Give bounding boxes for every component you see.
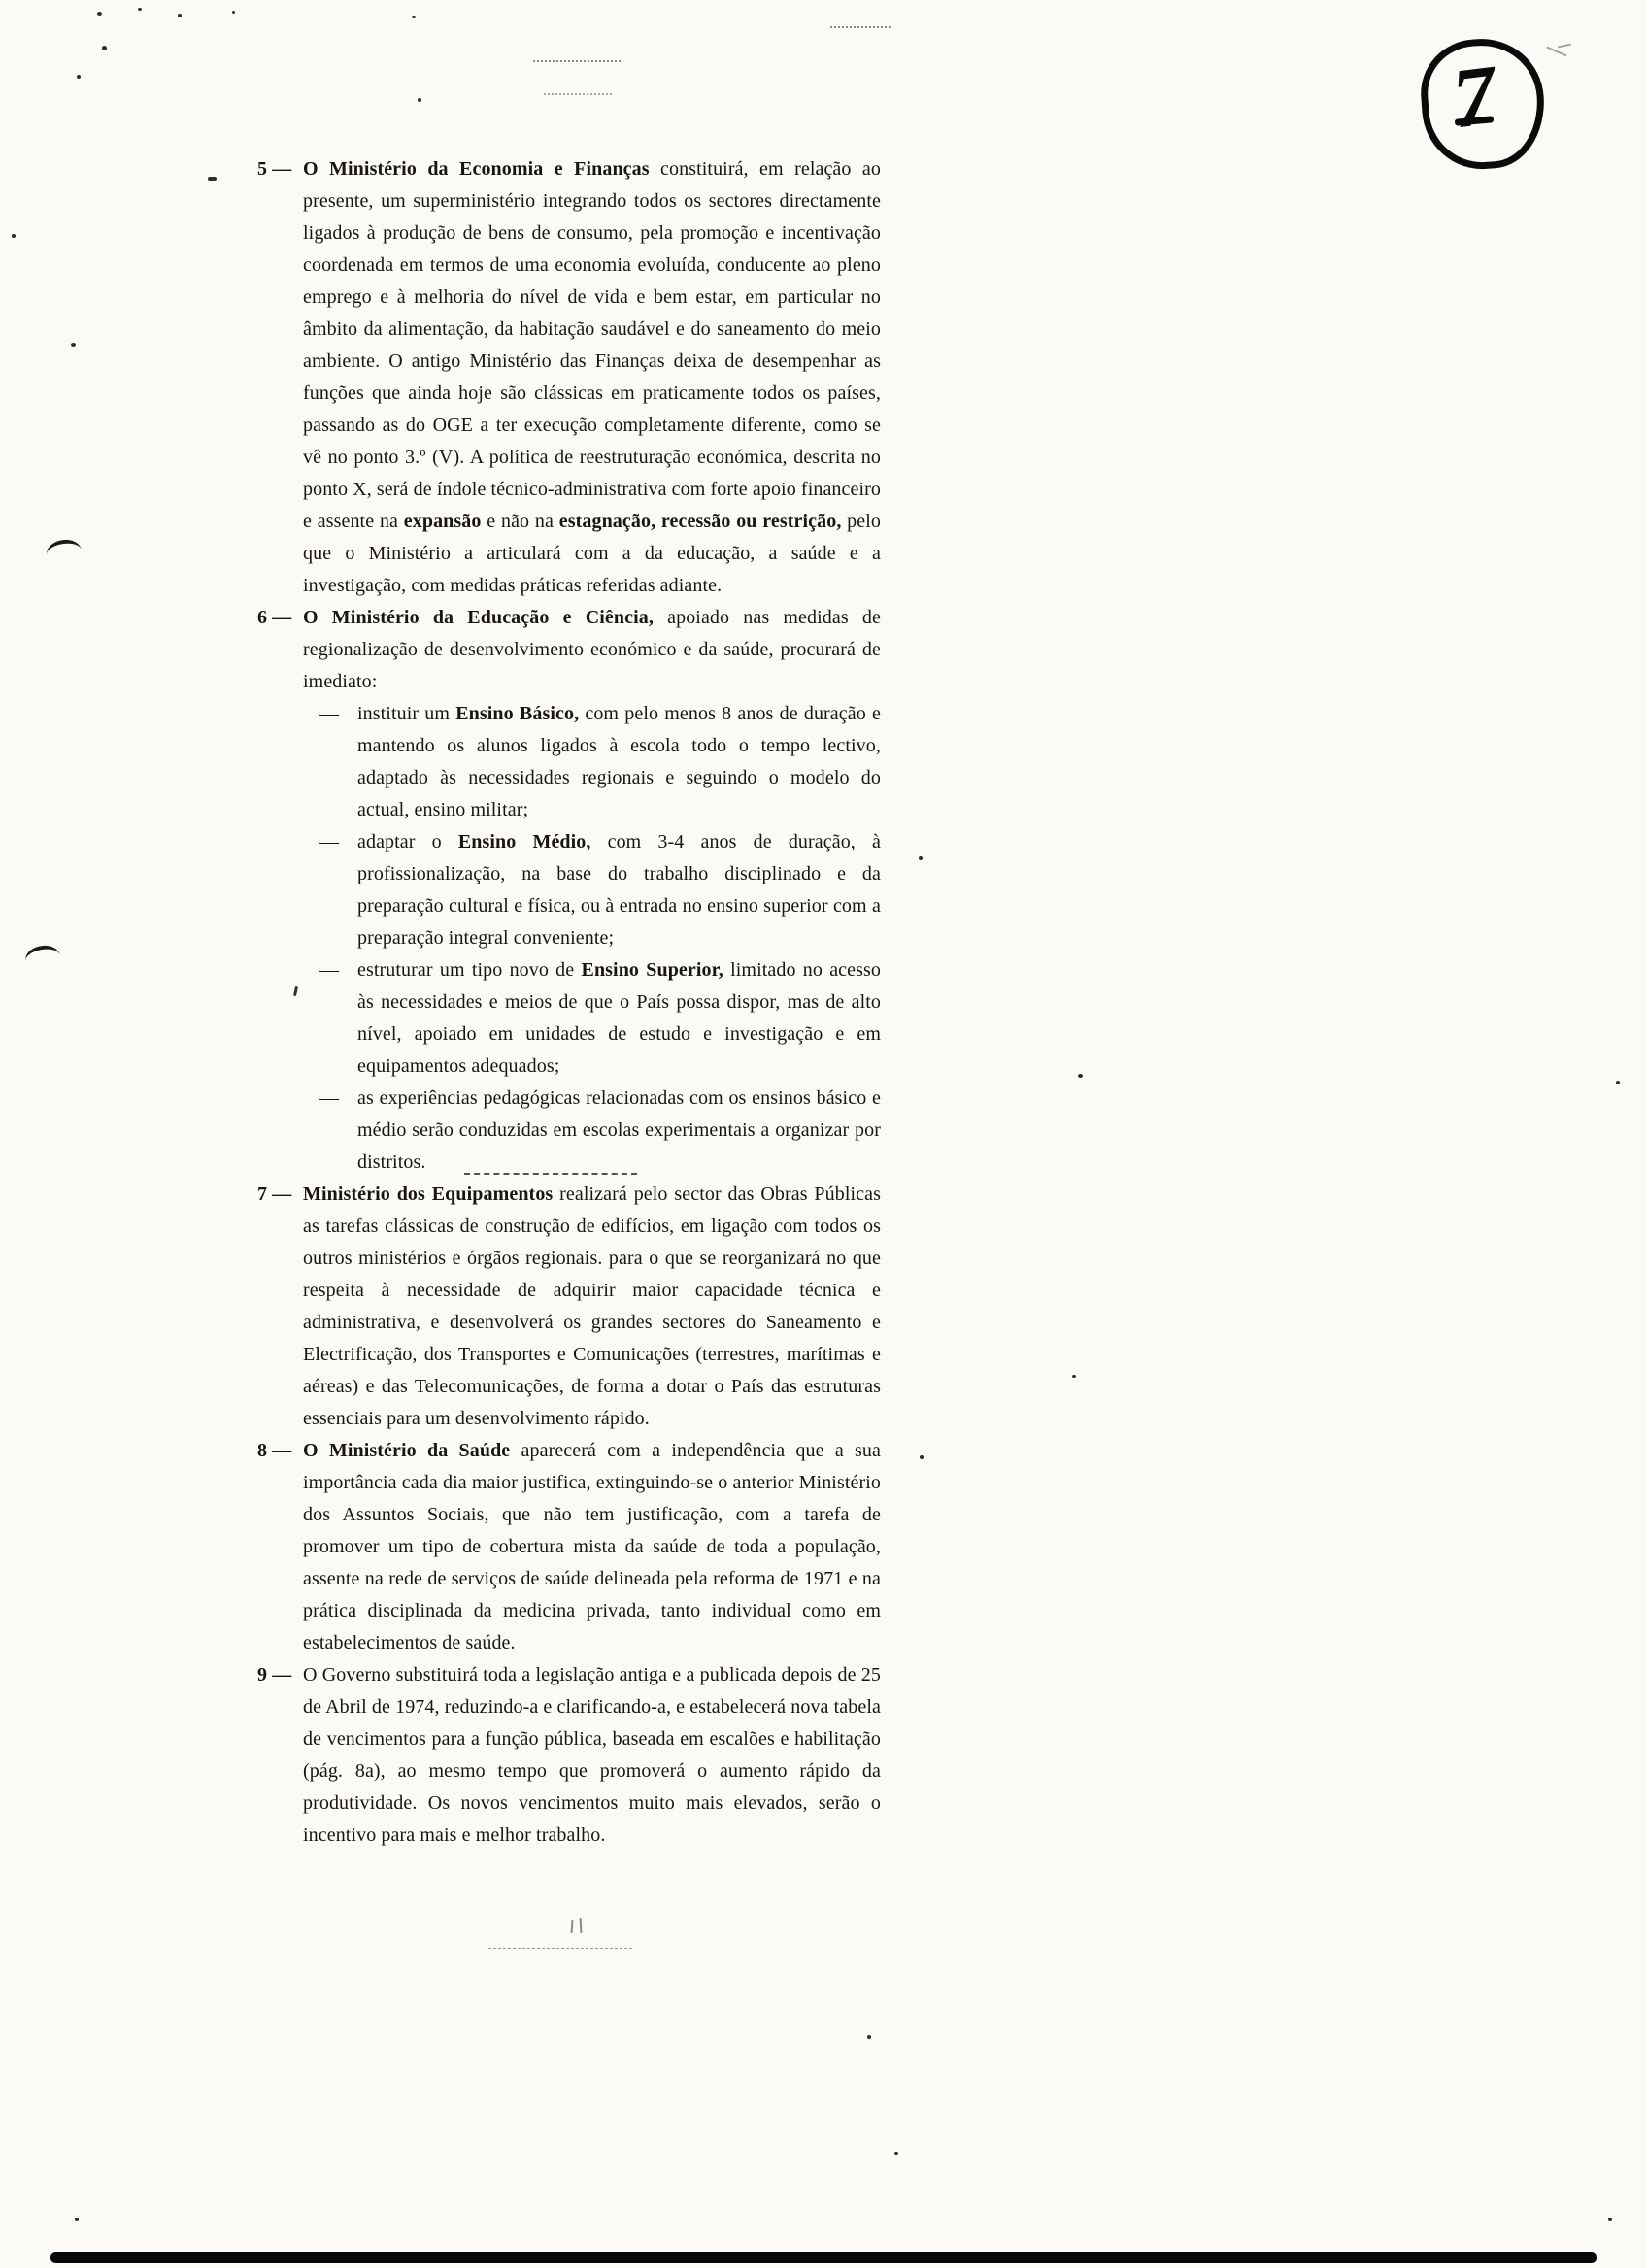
pencil-mark	[1558, 44, 1571, 49]
scan-speck	[71, 343, 76, 347]
item-text: O Ministério da Economia e Finanças cons…	[303, 153, 881, 602]
text-run: e não na	[482, 511, 559, 532]
text-run: realizará pelo sector das Obras Públicas…	[303, 1184, 881, 1429]
scan-mark	[571, 1920, 574, 1933]
scan-speck	[867, 2035, 871, 2039]
dash-marker: —	[319, 954, 339, 986]
scan-speck	[412, 16, 416, 18]
scan-mark	[580, 1918, 583, 1933]
text-run: constituirá, em relação ao presente, um …	[303, 158, 881, 532]
paragraph-item-9: 9 —O Governo substituirá toda a legislaç…	[257, 1659, 881, 1851]
paragraph-item-7: 7 —Ministério dos Equipamentos realizará…	[257, 1179, 881, 1435]
bold-text-run: Ensino Médio,	[458, 831, 591, 852]
sub-item: —estruturar um tipo novo de Ensino Super…	[303, 954, 881, 1083]
scan-artifact-dashed-line	[464, 1173, 637, 1175]
dash-marker: —	[319, 826, 339, 858]
scan-speck	[138, 8, 142, 11]
scan-speck	[1078, 1074, 1083, 1078]
scan-speck	[418, 98, 421, 102]
scan-speck	[208, 177, 217, 181]
scan-faint-dashes	[488, 1948, 632, 1949]
margin-pen-arc	[23, 943, 62, 974]
scan-speck	[1608, 2218, 1612, 2221]
sub-item-text: adaptar o Ensino Médio, com 3-4 anos de …	[357, 831, 881, 949]
item-number: 6 —	[257, 602, 291, 634]
paragraph-item-5: 5 —O Ministério da Economia e Finanças c…	[257, 153, 881, 602]
scan-speck	[232, 11, 235, 14]
scan-speck	[1616, 1081, 1620, 1084]
item-text: O Governo substituirá toda a legislação …	[303, 1659, 881, 1851]
scan-speck	[1072, 1375, 1076, 1378]
item-number: 7 —	[257, 1179, 291, 1211]
paragraph-item-8: 8 —O Ministério da Saúde aparecerá com a…	[257, 1435, 881, 1659]
dash-marker: —	[319, 1083, 339, 1115]
document-page: 7 5 —O Ministério da Economia e Finanças…	[0, 0, 1647, 2268]
scan-speck	[102, 46, 107, 50]
bold-text-run: expansão	[404, 511, 482, 532]
scan-speck	[919, 856, 923, 860]
bold-text-run: Ensino Superior,	[582, 959, 723, 981]
scan-speck	[920, 1455, 924, 1459]
scan-speck	[97, 12, 102, 16]
sub-item: —as experiências pedagógicas relacionada…	[303, 1083, 881, 1179]
bold-text-run: Ensino Básico,	[455, 703, 579, 724]
scan-speck	[178, 14, 182, 17]
sub-item-text: estruturar um tipo novo de Ensino Superi…	[357, 959, 881, 1077]
text-run: aparecerá com a independência que a sua …	[303, 1440, 881, 1653]
text-run: adaptar o	[357, 831, 458, 852]
scan-speck	[12, 234, 16, 238]
item-text: O Ministério da Saúde aparecerá com a in…	[303, 1435, 881, 1659]
sub-item: —instituir um Ensino Básico, com pelo me…	[303, 698, 881, 826]
text-run: as experiências pedagógicas relacionadas…	[357, 1087, 881, 1173]
margin-pen-arc	[45, 538, 83, 568]
item-text: O Ministério da Educação e Ciência, apoi…	[303, 602, 881, 698]
text-run: O Governo substituirá toda a legislação …	[303, 1664, 881, 1846]
text-column: 5 —O Ministério da Economia e Finanças c…	[257, 153, 881, 1851]
scan-dot-row	[830, 26, 891, 28]
item-number: 9 —	[257, 1659, 291, 1691]
sub-item: —adaptar o Ensino Médio, com 3-4 anos de…	[303, 826, 881, 954]
item-number: 5 —	[257, 153, 291, 185]
bold-text-run: O Ministério da Educação e Ciência,	[303, 607, 654, 628]
scan-edge-bar	[50, 2252, 1597, 2263]
item-text: Ministério dos Equipamentos realizará pe…	[303, 1179, 881, 1435]
paragraph-item-6: 6 —O Ministério da Educação e Ciência, a…	[257, 602, 881, 1179]
scan-speck	[77, 75, 81, 79]
scan-dot-row	[544, 93, 612, 95]
text-run: instituir um	[357, 703, 455, 724]
sub-item-text: instituir um Ensino Básico, com pelo men…	[357, 703, 881, 820]
item-number: 8 —	[257, 1435, 291, 1467]
bold-text-run: Ministério dos Equipamentos	[303, 1184, 553, 1205]
pencil-mark	[1547, 47, 1567, 57]
bold-text-run: O Ministério da Saúde	[303, 1440, 510, 1461]
bold-text-run: estagnação, recessão ou restrição,	[559, 511, 842, 532]
scan-speck	[894, 2152, 898, 2155]
sub-item-text: as experiências pedagógicas relacionadas…	[357, 1087, 881, 1173]
scan-dot-row	[533, 60, 621, 62]
scan-speck	[75, 2218, 79, 2221]
dash-marker: —	[319, 698, 339, 730]
text-run: estruturar um tipo novo de	[357, 959, 582, 981]
bold-text-run: O Ministério da Economia e Finanças	[303, 158, 650, 180]
